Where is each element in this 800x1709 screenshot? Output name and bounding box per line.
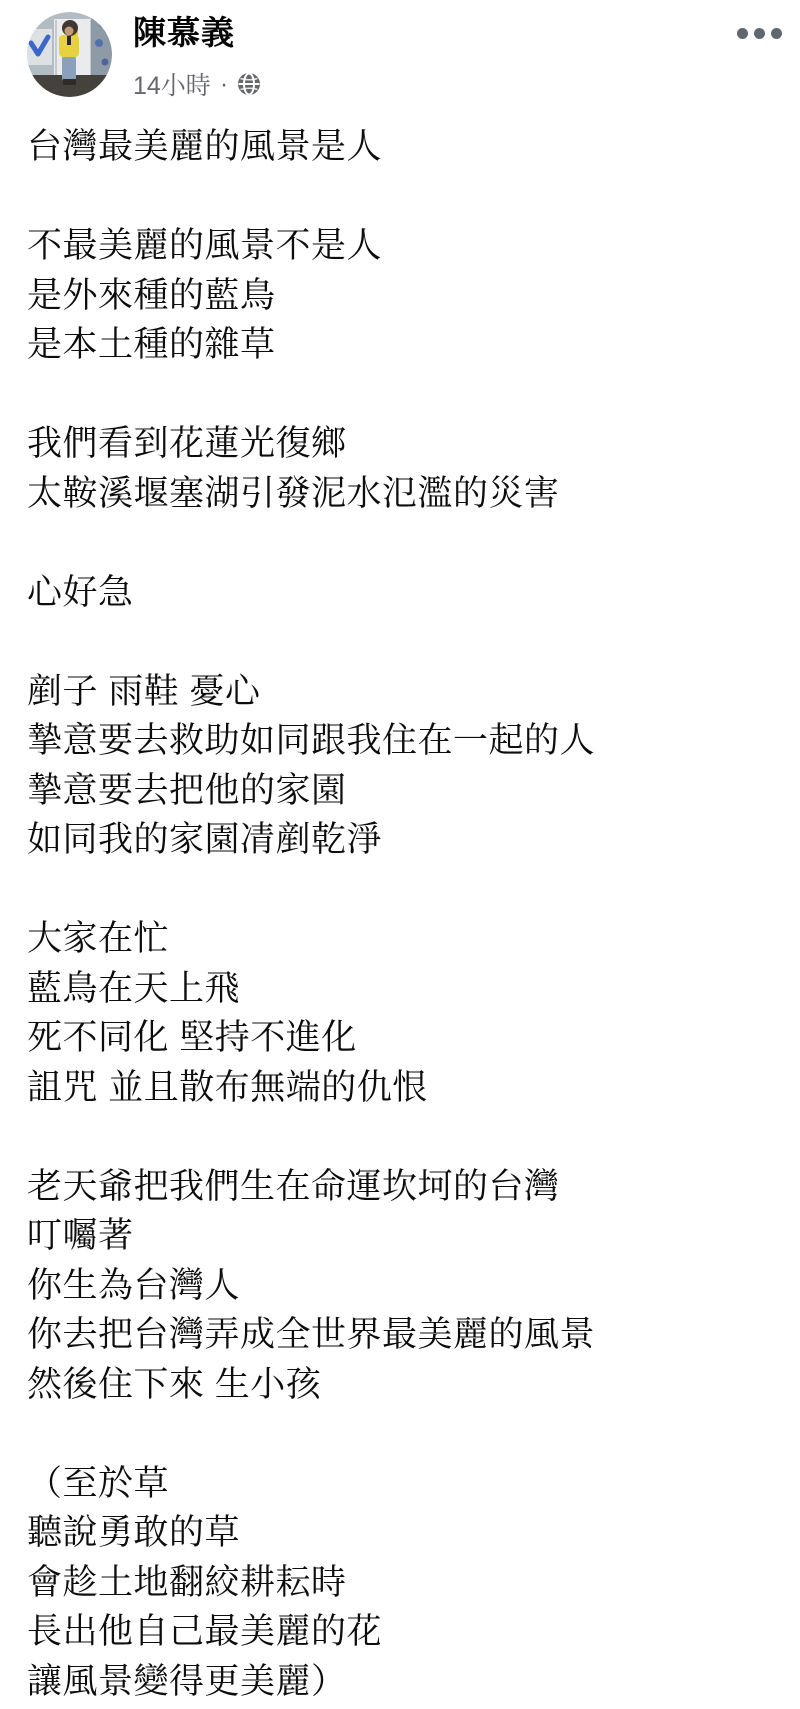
author-name[interactable]: 陳慕義	[133, 15, 235, 51]
meta-separator: ·	[220, 70, 228, 99]
facebook-post: 陳慕義 14小時 · 台灣最美麗的風景是人 不最美麗的風景不是人 是外來種的藍鳥…	[0, 0, 800, 1709]
post-menu-button[interactable]	[735, 26, 784, 41]
globe-icon	[237, 72, 261, 96]
profile-photo	[27, 12, 112, 97]
avatar[interactable]	[27, 12, 112, 97]
menu-dot	[737, 28, 748, 39]
menu-dot	[754, 28, 765, 39]
menu-dot	[771, 28, 782, 39]
post-body-text: 台灣最美麗的風景是人 不最美麗的風景不是人 是外來種的藍鳥 是本土種的雜草 我們…	[27, 122, 789, 1706]
timestamp[interactable]: 14小時	[133, 66, 211, 102]
post-meta[interactable]: 14小時 ·	[133, 66, 261, 102]
